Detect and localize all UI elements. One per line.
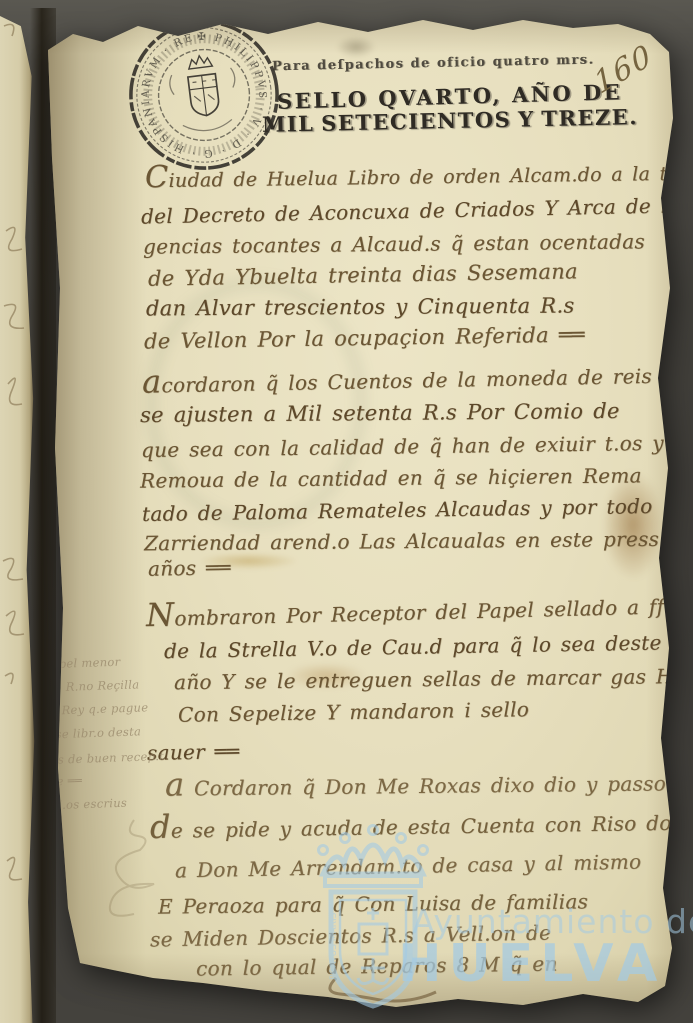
margin-note-line: q̃ se libr.o desta: [44, 724, 142, 741]
crest-motto: PORTUS MARIS: [329, 912, 339, 980]
manuscript-line: Nombraron Por Receptor del Papel sellado…: [146, 593, 693, 631]
margin-note-line: bas de buen recep.t: [43, 749, 165, 767]
margin-note-line: p.e ══: [45, 773, 83, 788]
manuscript-line: se ajusten a Mil setenta R.s Por Comio d…: [140, 399, 620, 427]
folio-number: 160: [590, 37, 658, 101]
manuscript-line: Con Sepelize Y mandaron i sello: [178, 697, 530, 727]
manuscript-line: del Decreto de Aconcuxa de Criados Y Arc…: [141, 193, 674, 228]
seal-legend: ✠ PHILIPPVS · V · D · G · HISPANIARVM · …: [116, 7, 276, 169]
huelva-crest-icon: PORTUS MARIS: [298, 820, 448, 1020]
manuscript-line: gencias tocantes a Alcaud.s q̃ estan oce…: [143, 229, 645, 258]
royal-seal-stamp-icon: ✠ PHILIPPVS · V · D · G · HISPANIARVM · …: [116, 7, 292, 183]
manuscript-line: Zarriendad arend.o Las Alcaualas en este…: [144, 527, 687, 556]
margin-note-line: del R.no Reçilla: [43, 677, 140, 694]
manuscript-line: Remoua de la cantidad en q̃ se hiçieren …: [140, 463, 642, 492]
manuscript-line: año Y se le entreguen sellas de marcar g…: [174, 664, 693, 695]
margin-note-line: Papel menor: [44, 655, 121, 672]
manuscript-line: años ══: [148, 555, 231, 580]
smear-stain: [336, 36, 376, 58]
printed-tax-line: Para deſpachos de oficio quatro mrs.: [272, 53, 595, 75]
rubric-flourish: [72, 808, 172, 918]
margin-note-line: Al Rey q.e pague: [45, 700, 149, 718]
manuscript-line: dan Alvar trescientos y Cinquenta R.s: [146, 294, 575, 321]
manuscript-line: de Yda Ybuelta treinta dias Sesemana: [148, 259, 578, 290]
manuscript-line: de la Strella V.o de Cau.d para q̃ lo se…: [164, 629, 693, 663]
archive-photo-background: ✠ PHILIPPVS · V · D · G · HISPANIARVM · …: [0, 0, 693, 1023]
manuscript-line: a Cordaron q̃ Don Me Roxas dixo dio y pa…: [165, 771, 666, 800]
svg-text:✠ PHILIPPVS · V · D · G · HISP: ✠ PHILIPPVS · V · D · G · HISPANIARVM · …: [116, 7, 276, 169]
